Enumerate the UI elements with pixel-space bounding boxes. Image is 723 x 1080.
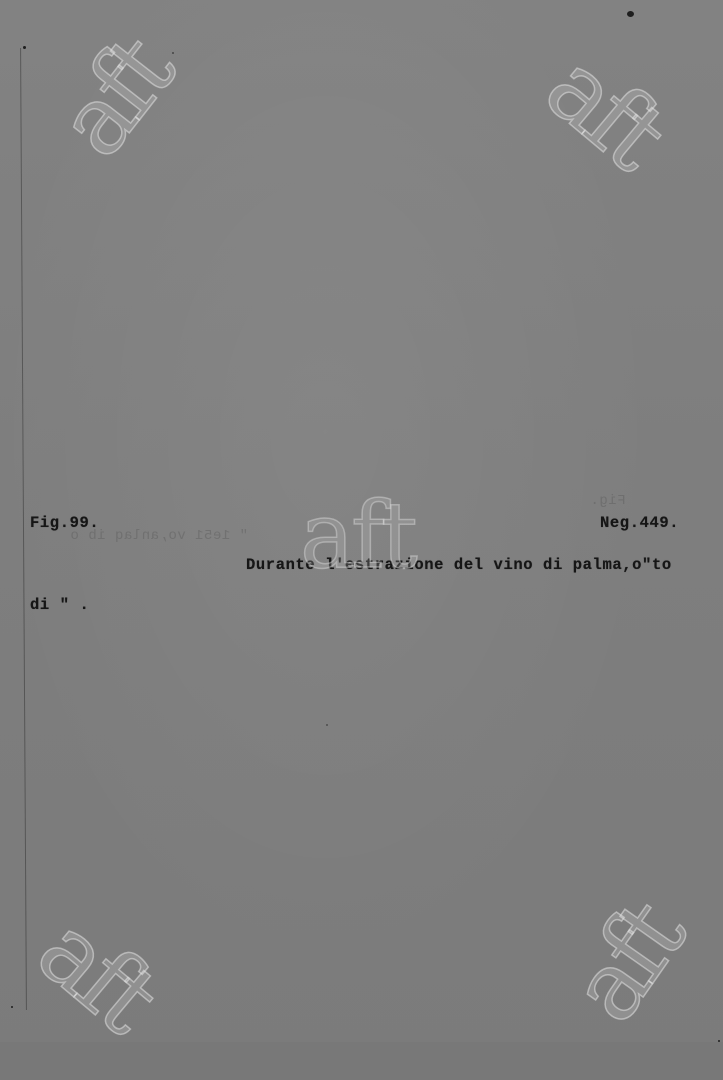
watermark-bottom-left: aft xyxy=(22,900,171,1046)
dust-speck xyxy=(627,11,634,17)
dust-speck xyxy=(326,724,328,726)
dust-speck xyxy=(718,1040,720,1042)
watermark-top-left: aft xyxy=(42,24,187,172)
scan-bottom-band xyxy=(0,1042,723,1080)
negative-number: Neg.449. xyxy=(600,514,679,532)
scanned-page: aft aft aft aft " 1e51 vo,anlaq ib o Fig… xyxy=(0,0,723,1080)
watermark-bottom-right: aft xyxy=(555,889,699,1037)
caption-line-2: di " . xyxy=(30,596,89,614)
watermark-center: aft xyxy=(300,490,414,582)
dust-speck xyxy=(172,52,174,54)
dust-speck xyxy=(23,46,26,49)
left-margin-line xyxy=(20,48,27,1010)
bleed-through-text: Fig. xyxy=(590,493,626,509)
dust-speck xyxy=(11,1006,13,1008)
watermark-top-right: aft xyxy=(530,37,679,183)
figure-number: Fig.99. xyxy=(30,514,99,532)
